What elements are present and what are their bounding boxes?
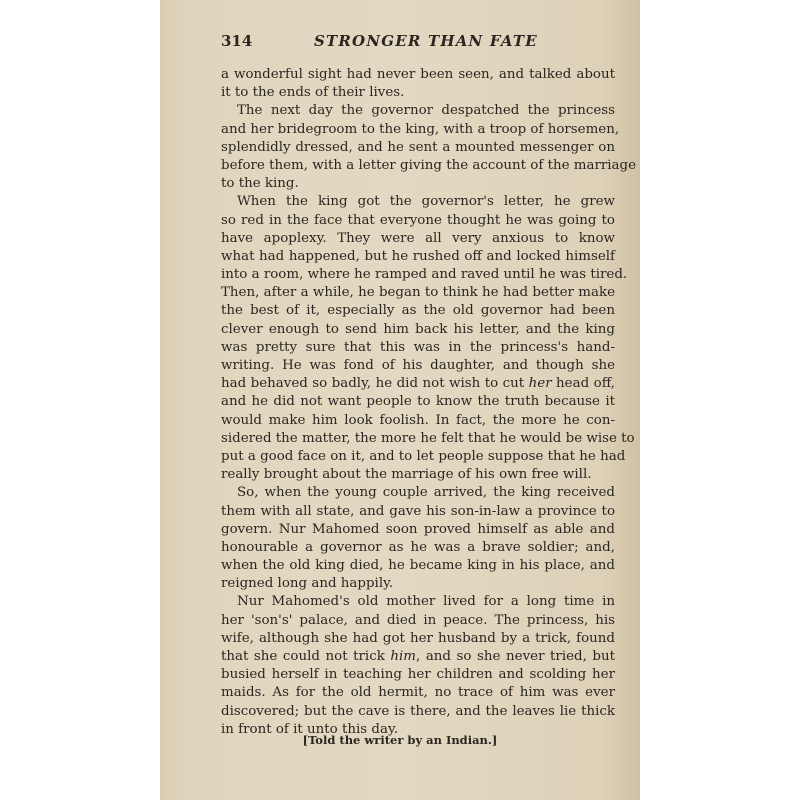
text-line: it to the ends of their lives. <box>221 84 615 102</box>
text-line: The next day the governor despatched the… <box>221 102 615 120</box>
text-line: writing. He was fond of his daughter, an… <box>221 357 615 375</box>
text-line: maids. As for the old hermit, no trace o… <box>221 684 615 702</box>
text-line: them with all state, and gave his son-in… <box>221 503 615 521</box>
text-line: and he did not want people to know the t… <box>221 393 615 411</box>
body-text: a wonderful sight had never been seen, a… <box>221 66 615 739</box>
page-header: 314 STRONGER THAN FATE <box>221 32 621 54</box>
text-line: have apoplexy. They were all very anxiou… <box>221 230 615 248</box>
text-line: sidered the matter, the more he felt tha… <box>221 430 615 448</box>
text-line: So, when the young couple arrived, the k… <box>221 484 615 502</box>
book-page: 314 STRONGER THAN FATE a wonderful sight… <box>160 0 640 800</box>
text-line: a wonderful sight had never been seen, a… <box>221 66 615 84</box>
text-line: to the king. <box>221 175 615 193</box>
text-line: her 'son's' palace, and died in peace. T… <box>221 612 615 630</box>
text-line: into a room, where he ramped and raved u… <box>221 266 615 284</box>
text-line: when the old king died, he became king i… <box>221 557 615 575</box>
text-line: busied herself in teaching her children … <box>221 666 615 684</box>
text-line: Then, after a while, he began to think h… <box>221 284 615 302</box>
text-line: had behaved so badly, he did not wish to… <box>221 375 615 393</box>
text-line: what had happened, but he rushed off and… <box>221 248 615 266</box>
text-line: the best of it, especially as the old go… <box>221 302 615 320</box>
text-line: When the king got the governor's letter,… <box>221 193 615 211</box>
page-number: 314 <box>221 32 252 50</box>
text-line: splendidly dressed, and he sent a mounte… <box>221 139 615 157</box>
running-title: STRONGER THAN FATE <box>314 32 538 50</box>
text-line: would make him look foolish. In fact, th… <box>221 412 615 430</box>
text-line: discovered; but the cave is there, and t… <box>221 703 615 721</box>
text-line: and her bridegroom to the king, with a t… <box>221 121 615 139</box>
text-line: clever enough to send him back his lette… <box>221 321 615 339</box>
text-line: so red in the face that everyone thought… <box>221 212 615 230</box>
text-line: that she could not trick him, and so she… <box>221 648 615 666</box>
text-line: put a good face on it, and to let people… <box>221 448 615 466</box>
attribution: [Told the writer by an Indian.] <box>160 733 640 747</box>
text-line: really brought about the marriage of his… <box>221 466 615 484</box>
text-line: honourable a governor as he was a brave … <box>221 539 615 557</box>
text-line: before them, with a letter giving the ac… <box>221 157 615 175</box>
text-line: Nur Mahomed's old mother lived for a lon… <box>221 593 615 611</box>
text-line: reigned long and happily. <box>221 575 615 593</box>
text-line: was pretty sure that this was in the pri… <box>221 339 615 357</box>
text-line: govern. Nur Mahomed soon proved himself … <box>221 521 615 539</box>
text-line: wife, although she had got her husband b… <box>221 630 615 648</box>
